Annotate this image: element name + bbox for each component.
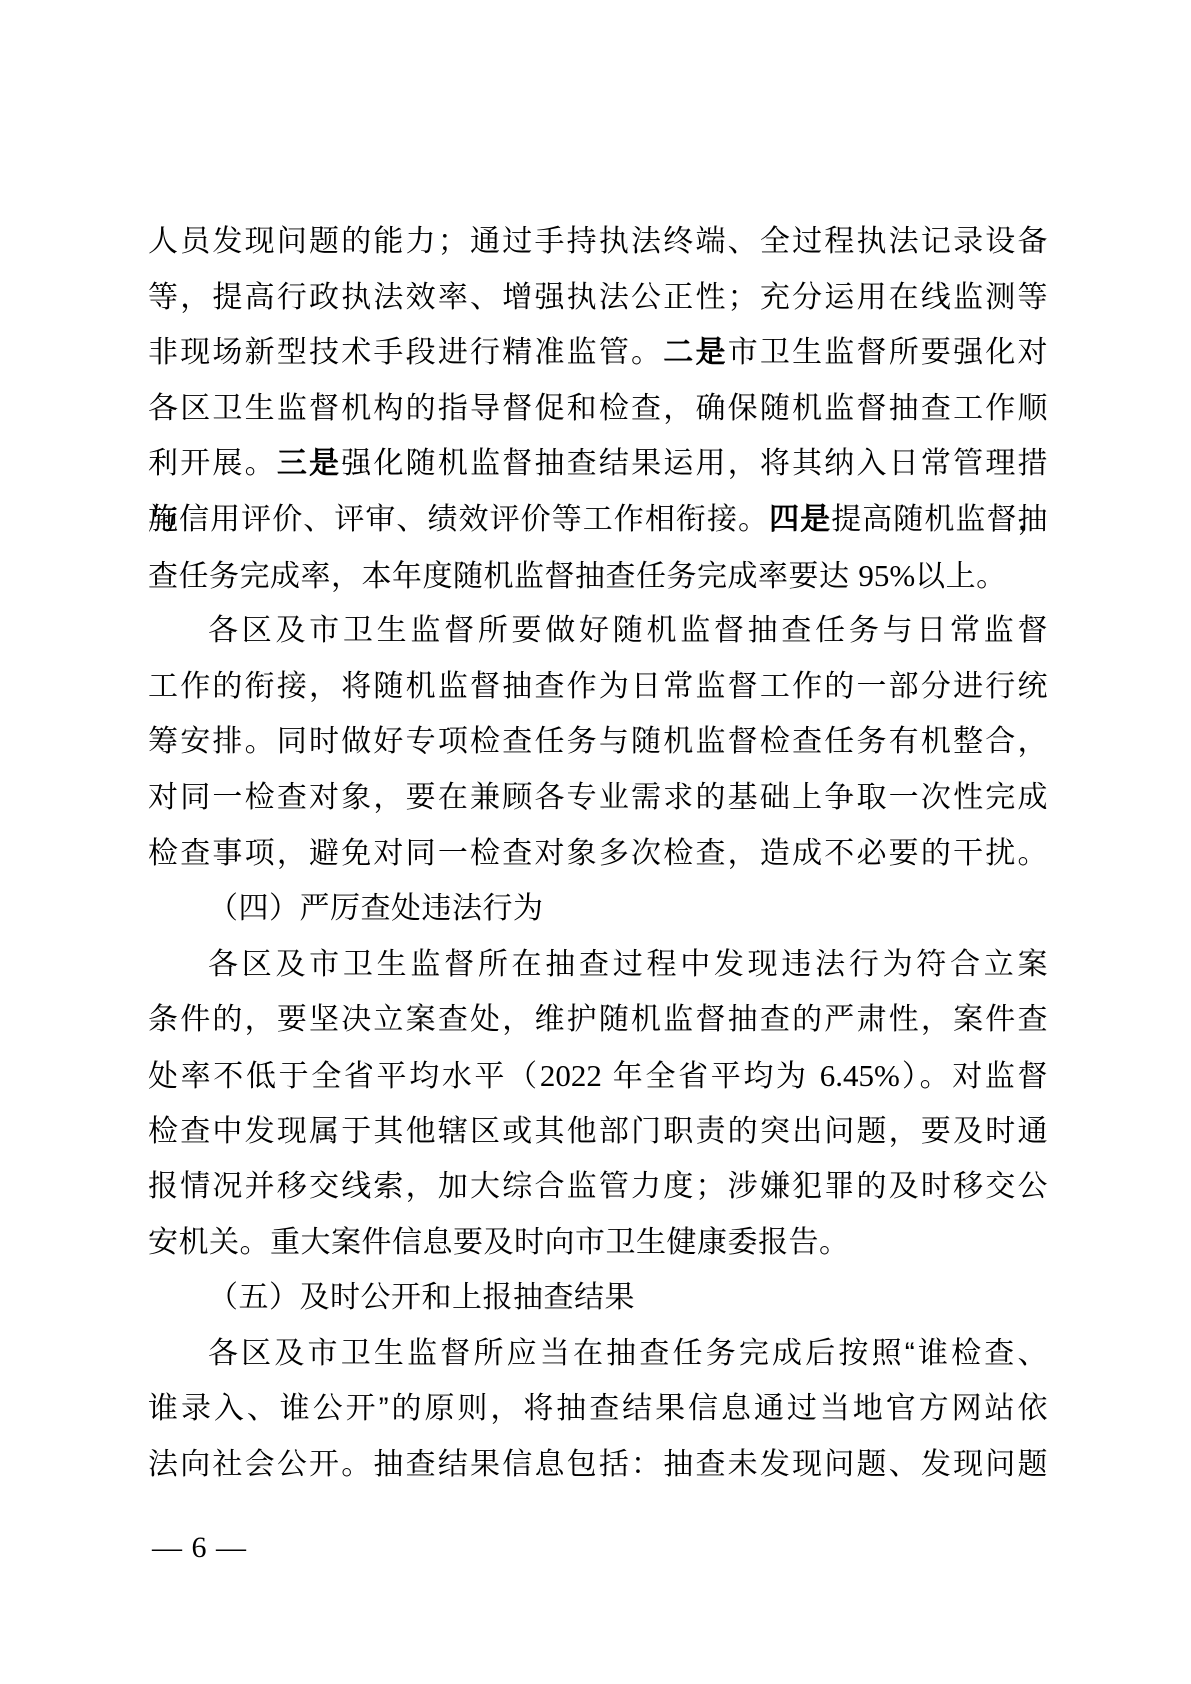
text-line: 查任务完成率，本年度随机监督抽查任务完成率要达 95%以上。 <box>148 548 1048 604</box>
text-run: 人员发现问题的能力；通过手持执法终端、全过程执法记录设备 <box>148 225 1048 258</box>
text-run: 各区及市卫生监督所在抽查过程中发现违法行为符合立案 <box>208 948 1048 981</box>
text-line: 检查事项，避免对同一检查对象多次检查，造成不必要的干扰。 <box>148 826 1048 882</box>
text-run: 非现场新型技术手段进行精准监管。 <box>148 336 663 369</box>
text-line: 报情况并移交线索，加大综合监管力度；涉嫌犯罪的及时移交公 <box>148 1159 1048 1215</box>
text-run: 检查中发现属于其他辖区或其他部门职责的突出问题，要及时通 <box>148 1115 1048 1148</box>
text-run: 各区及市卫生监督所要做好随机监督抽查任务与日常监督 <box>208 614 1048 647</box>
text-line: 谁录入、谁公开”的原则，将抽查结果信息通过当地官方网站依 <box>148 1381 1048 1437</box>
section-heading: （四）严厉查处违法行为 <box>148 881 1048 937</box>
text-line: 筹安排。同时做好专项检查任务与随机监督检查任务有机整合， <box>148 714 1048 770</box>
text-line: 各区卫生监督机构的指导督促和检查，确保随机监督抽查工作顺 <box>148 381 1048 437</box>
text-line: 各区及市卫生监督所在抽查过程中发现违法行为符合立案 <box>148 937 1048 993</box>
text-run: （五）及时公开和上报抽查结果 <box>208 1281 635 1314</box>
text-run: 提高随机监督抽 <box>831 503 1048 536</box>
text-run: 安机关。重大案件信息要及时向市卫生健康委报告。 <box>148 1226 850 1259</box>
text-run: 谁录入、谁公开”的原则，将抽查结果信息通过当地官方网站依 <box>148 1392 1048 1425</box>
emphasis-run: 三是 <box>277 447 341 480</box>
text-run: 检查事项，避免对同一检查对象多次检查，造成不必要的干扰。 <box>148 837 1048 870</box>
text-run: 工作的衔接，将随机监督抽查作为日常监督工作的一部分进行统 <box>148 670 1048 703</box>
text-run: 与信用评价、评审、绩效评价等工作相衔接。 <box>148 503 769 536</box>
emphasis-run: 二是 <box>663 336 727 369</box>
text-line: 处率不低于全省平均水平（2022 年全省平均为 6.45%）。对监督 <box>148 1048 1048 1104</box>
text-line: 各区及市卫生监督所要做好随机监督抽查任务与日常监督 <box>148 603 1048 659</box>
text-line: 非现场新型技术手段进行精准监管。二是市卫生监督所要强化对 <box>148 325 1048 381</box>
text-line: 检查中发现属于其他辖区或其他部门职责的突出问题，要及时通 <box>148 1104 1048 1160</box>
text-run: 查任务完成率，本年度随机监督抽查任务完成率要达 <box>148 560 858 593</box>
text-run: 筹安排。同时做好专项检查任务与随机监督检查任务有机整合， <box>148 725 1048 758</box>
text-run: 年全省平均为 <box>602 1060 820 1093</box>
text-run: ）。对监督 <box>900 1060 1048 1093</box>
page-number: — 6 — <box>152 1530 247 1566</box>
text-run: 对同一检查对象，要在兼顾各专业需求的基础上争取一次性完成 <box>148 781 1048 814</box>
numeric-run: 95% <box>858 558 915 593</box>
numeric-run: 6.45% <box>820 1058 900 1093</box>
emphasis-run: 四是 <box>769 503 831 536</box>
text-run: 市卫生监督所要强化对 <box>728 336 1048 369</box>
text-run: 处率不低于全省平均水平（ <box>148 1060 540 1093</box>
text-line: 人员发现问题的能力；通过手持执法终端、全过程执法记录设备 <box>148 214 1048 270</box>
text-line: 安机关。重大案件信息要及时向市卫生健康委报告。 <box>148 1215 1048 1271</box>
text-run: 各区卫生监督机构的指导督促和检查，确保随机监督抽查工作顺 <box>148 392 1048 425</box>
text-run: 条件的，要坚决立案查处，维护随机监督抽查的严肃性，案件查 <box>148 1003 1048 1036</box>
text-run: 法向社会公开。抽查结果信息包括：抽查未发现问题、发现问题 <box>148 1448 1048 1481</box>
text-line: 与信用评价、评审、绩效评价等工作相衔接。四是提高随机监督抽 <box>148 492 1048 548</box>
text-line: 法向社会公开。抽查结果信息包括：抽查未发现问题、发现问题 <box>148 1437 1048 1493</box>
text-line: 利开展。三是强化随机监督抽查结果运用，将其纳入日常管理措施， <box>148 436 1048 492</box>
text-line: 条件的，要坚决立案查处，维护随机监督抽查的严肃性，案件查 <box>148 992 1048 1048</box>
numeric-run: 2022 <box>540 1058 602 1093</box>
text-run: 各区及市卫生监督所应当在抽查任务完成后按照“谁检查、 <box>208 1337 1048 1370</box>
text-line: 工作的衔接，将随机监督抽查作为日常监督工作的一部分进行统 <box>148 659 1048 715</box>
text-run: 等，提高行政执法效率、增强执法公正性；充分运用在线监测等 <box>148 281 1048 314</box>
text-run: （四）严厉查处违法行为 <box>208 892 544 925</box>
text-run: 利开展。 <box>148 447 277 480</box>
text-line: 等，提高行政执法效率、增强执法公正性；充分运用在线监测等 <box>148 270 1048 326</box>
text-line: 各区及市卫生监督所应当在抽查任务完成后按照“谁检查、 <box>148 1326 1048 1382</box>
text-line: 对同一检查对象，要在兼顾各专业需求的基础上争取一次性完成 <box>148 770 1048 826</box>
text-run: 以上。 <box>915 560 1007 593</box>
body-text: 人员发现问题的能力；通过手持执法终端、全过程执法记录设备 等，提高行政执法效率、… <box>148 214 1048 1493</box>
section-heading: （五）及时公开和上报抽查结果 <box>148 1270 1048 1326</box>
text-run: 报情况并移交线索，加大综合监管力度；涉嫌犯罪的及时移交公 <box>148 1170 1048 1203</box>
document-page: 人员发现问题的能力；通过手持执法终端、全过程执法记录设备 等，提高行政执法效率、… <box>0 0 1191 1684</box>
